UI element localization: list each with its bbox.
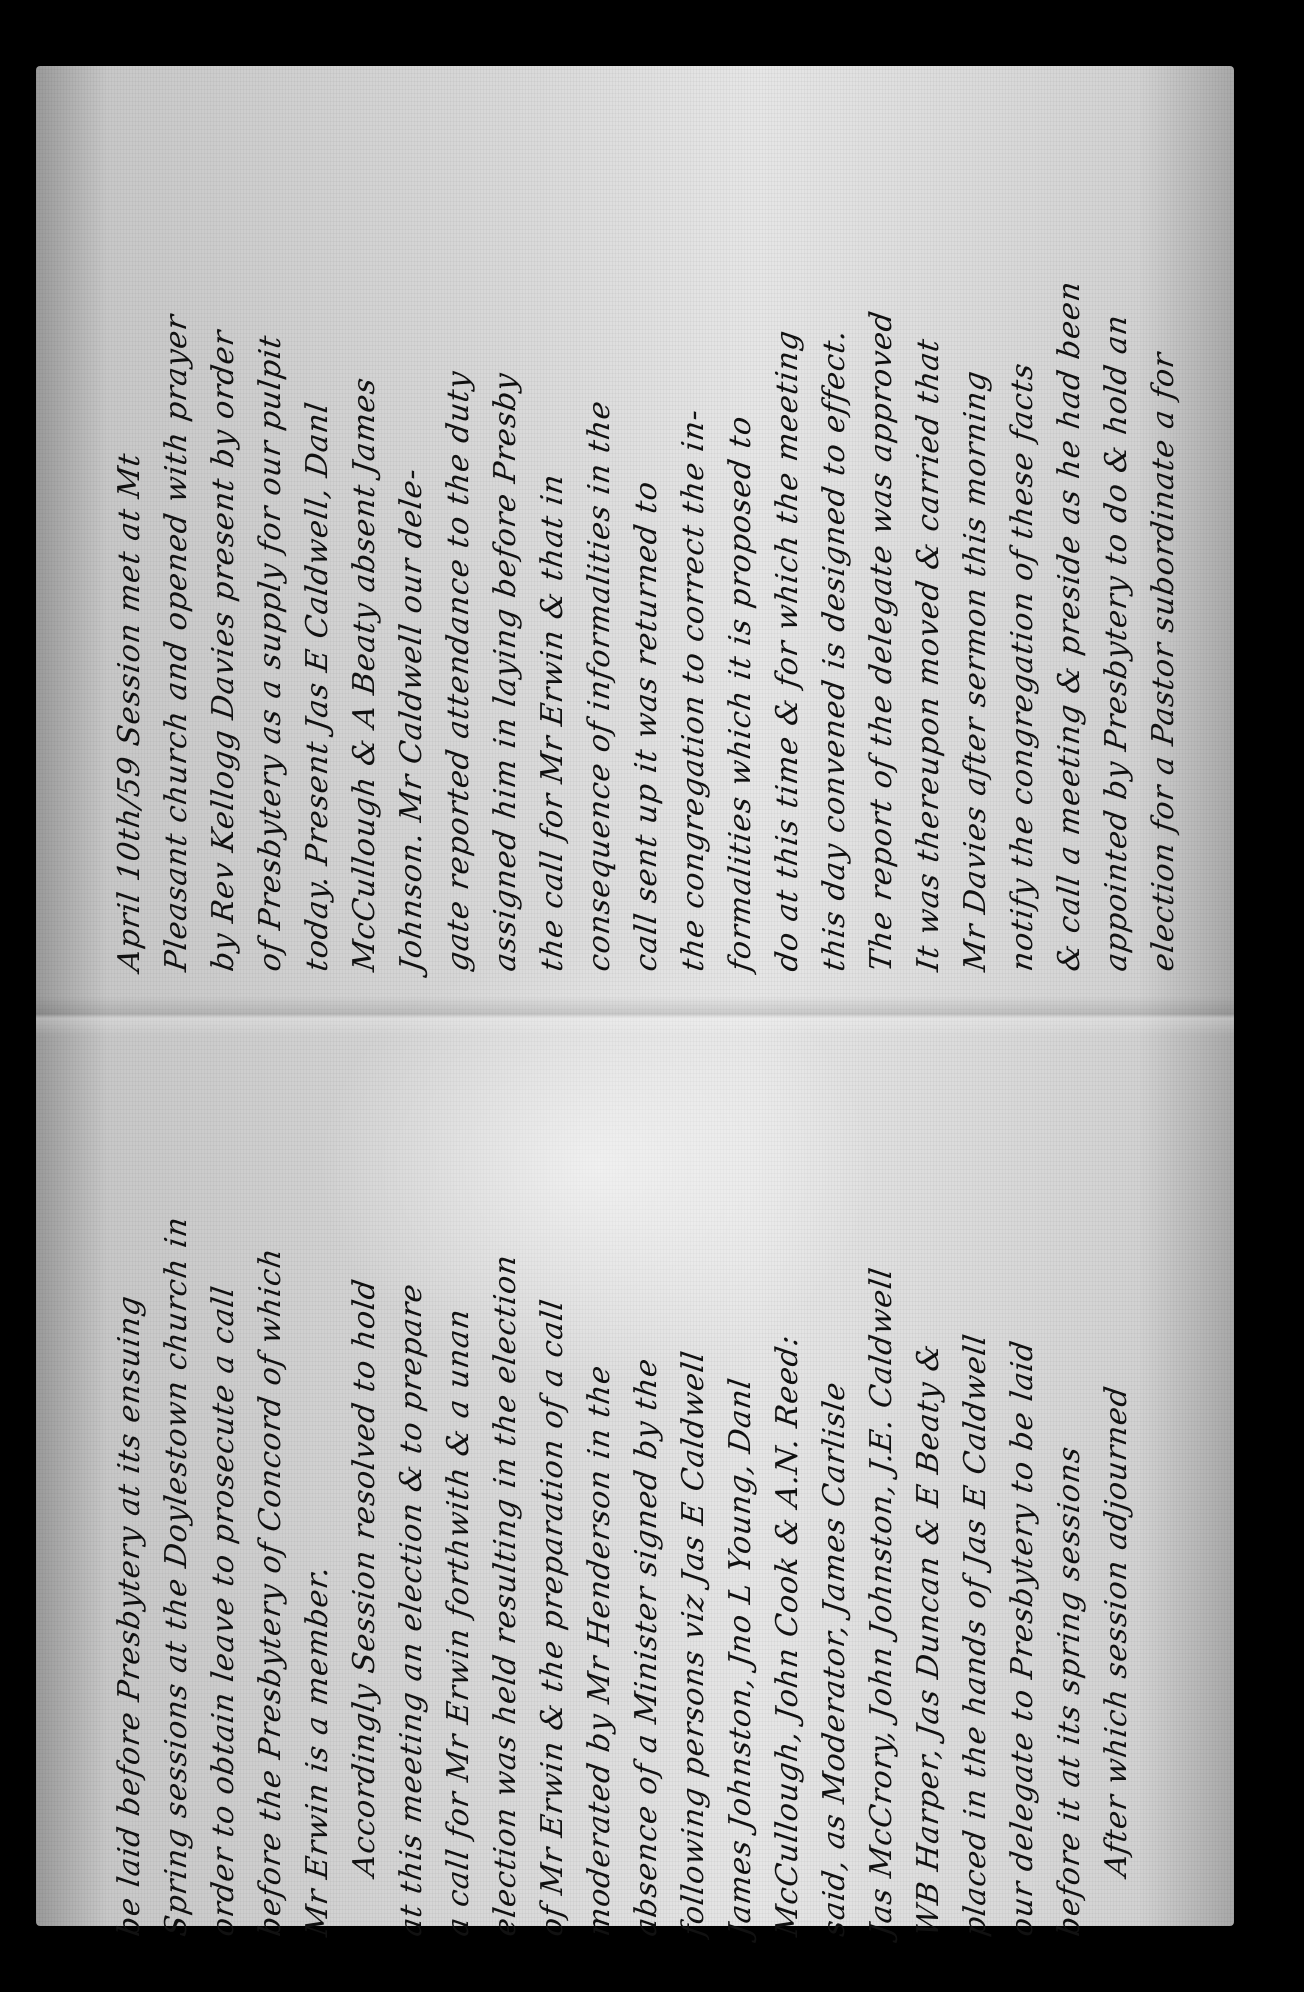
text-line: do at this time & for which the meeting <box>764 108 811 975</box>
text-line: It was thereupon moved & carried that <box>905 108 952 975</box>
text-line: appointed by Presbytery to do & hold an <box>1093 108 1140 975</box>
text-line: McCullough & A Beaty absent James <box>341 108 388 975</box>
text-line: before the Presbytery of Concord of whic… <box>247 1053 294 1940</box>
text-line: the congregation to correct the in- <box>670 108 717 975</box>
text-line: be laid before Presbytery at its ensuing <box>106 1053 153 1940</box>
text-line: consequence of informalities in the <box>576 108 623 975</box>
text-line: Spring sessions at the Doylestown church… <box>153 1053 200 1940</box>
text-line: Pleasant church and opened with prayer <box>153 108 200 975</box>
upper-page-text: April 10th/59 Session met at Mt Pleasant… <box>106 111 1246 971</box>
text-line: before it at its spring sessions <box>1046 1053 1093 1940</box>
text-line: Jas McCrory, John Johnston, J.E. Caldwel… <box>858 1053 905 1940</box>
text-line: Mr Davies after sermon this morning <box>952 108 999 975</box>
page-fold <box>36 996 1234 1036</box>
text-line: absence of a Minister signed by the <box>623 1053 670 1940</box>
lower-page-text: be laid before Presbytery at its ensuing… <box>106 1056 1246 1936</box>
text-line: by Rev Kellogg Davies present by order <box>200 108 247 975</box>
text-line: at this meeting an election & to prepare <box>388 1053 435 1940</box>
text-line: election for a Pastor subordinate a for <box>1140 108 1187 975</box>
text-line: April 10th/59 Session met at Mt <box>106 108 153 975</box>
text-line: Accordingly Session resolved to hold <box>341 1053 388 1940</box>
text-line: McCullough, John Cook & A.N. Reed: <box>764 1053 811 1940</box>
text-line: Johnson. Mr Caldwell our dele- <box>388 108 435 975</box>
text-line: of Presbytery as a supply for our pulpit <box>247 108 294 975</box>
text-line: notify the congregation of these facts <box>999 108 1046 975</box>
text-line: election was held resulting in the elect… <box>482 1053 529 1940</box>
text-line: assigned him in laying before Presby <box>482 108 529 975</box>
text-line: The report of the delegate was approved <box>858 108 905 975</box>
text-line: our delegate to Presbytery to be laid <box>999 1053 1046 1940</box>
text-line: After which session adjourned <box>1093 1053 1140 1940</box>
text-line: of Mr Erwin & the preparation of a call <box>529 1053 576 1940</box>
text-line: WB Harper, Jas Duncan & E Beaty & <box>905 1053 952 1940</box>
text-line: formalities which it is proposed to <box>717 108 764 975</box>
manuscript-page: April 10th/59 Session met at Mt Pleasant… <box>36 66 1234 1926</box>
text-line: said, as Moderator, James Carlisle <box>811 1053 858 1940</box>
text-line: call sent up it was returned to <box>623 108 670 975</box>
text-line: Mr Erwin is a member. <box>294 1053 341 1940</box>
text-line: James Johnston, Jno L Young, Danl <box>717 1053 764 1940</box>
text-line: order to obtain leave to prosecute a cal… <box>200 1053 247 1940</box>
text-line: this day convened is designed to effect. <box>811 108 858 975</box>
text-line: placed in the hands of Jas E Caldwell <box>952 1053 999 1940</box>
text-line: today. Present Jas E Caldwell, Danl <box>294 108 341 975</box>
text-line: & call a meeting & preside as he had bee… <box>1046 108 1093 975</box>
text-line: following persons viz Jas E Caldwell <box>670 1053 717 1940</box>
text-line: gate reported attendance to the duty <box>435 108 482 975</box>
text-line: a call for Mr Erwin forthwith & a unan <box>435 1053 482 1940</box>
text-line: moderated by Mr Henderson in the <box>576 1053 623 1940</box>
text-line: the call for Mr Erwin & that in <box>529 108 576 975</box>
